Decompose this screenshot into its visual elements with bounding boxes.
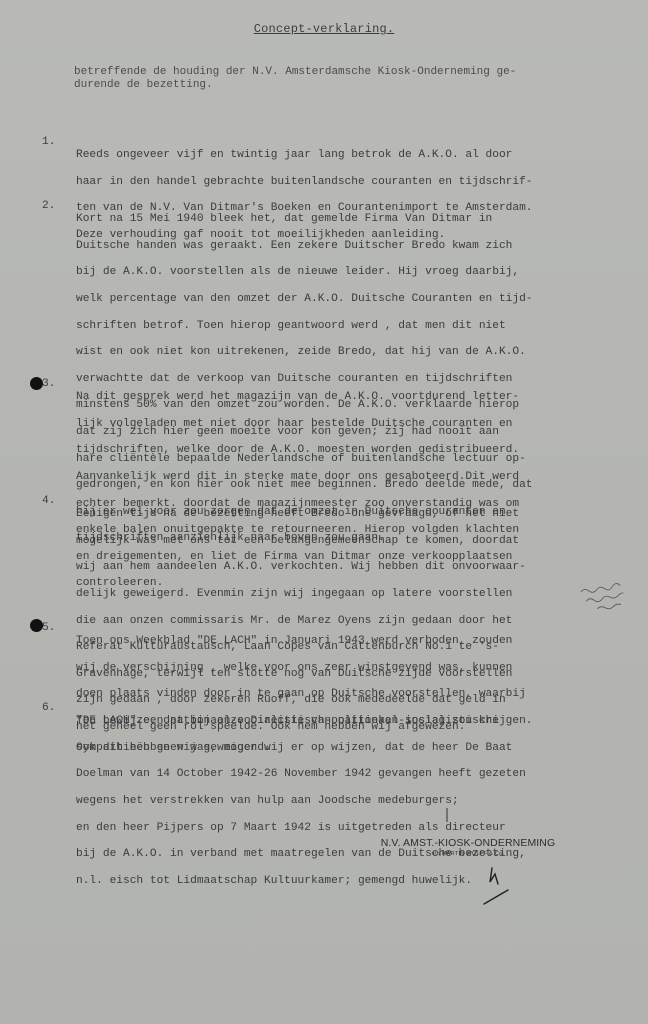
text-line: tijdschriften, welke door de A.K.O. moes… [76,444,616,457]
text-line: schriften betrof. Toen hierop geantwoord… [76,320,616,333]
text-line: wij de verschijning , welke voor ons zee… [76,662,616,675]
pen-tick-mark-icon [446,808,448,822]
text-line: en den heer Pijpers op 7 Maart 1942 is u… [76,822,616,835]
text-line: sympathieën geen was, mogen wij er op wi… [76,742,616,755]
text-line: wij aan hem aandeelen A.K.O. verkochten.… [76,561,616,574]
text-line: welk percentage van den omzet der A.K.O.… [76,293,616,306]
text-line: Doelman van 14 October 1942-26 November … [76,768,616,781]
text-line: Aanvankelijk werd dit in sterke mate doo… [76,471,616,484]
text-line: Eenigen tijd na de bezetting heeft Bredo… [76,508,616,521]
text-line: Kort na 15 Mei 1940 bleek het, dat gemel… [76,213,616,226]
text-line: Na dit gesprek werd het magazijn van de … [76,391,616,404]
item-number: 4. [42,495,72,508]
item-number: 2. [42,200,72,213]
text-line: Duitsche handen was geraakt. Een zekere … [76,240,616,253]
document-page: Concept-verklaring. betreffende de houdi… [0,0,648,1024]
item-number: 1. [42,136,72,149]
text-line: lijk volgeladen met niet door haar beste… [76,418,616,431]
text-line: n.l. eisch tot Lidmaatschap Kultuurkamer… [76,875,616,888]
text-line: delijk geweigerd. Evenmin zijn wij ingeg… [76,588,616,601]
text-line: mogelijk was met ons tot een belangengem… [76,535,616,548]
document-title: Concept-verklaring. [0,22,648,36]
intro-line: durende de bezetting. [74,79,594,92]
text-line: doen plaats vinden door in te gaan op Du… [76,688,616,701]
stamp-subtitle: v/h MARTIN WOLFF & Co. [368,851,568,857]
company-stamp: N.V. AMST.-KIOSK-ONDERNEMING v/h MARTIN … [368,837,568,857]
signature-icon [480,862,530,912]
handwritten-margin-note [578,578,642,619]
item-body: Ten bewijze, dat bij onze Directie van n… [76,702,616,901]
text-line: wist en ook niet kon uitrekenen, zeide B… [76,346,616,359]
text-line: wegens het verstrekken van hulp aan Jood… [76,795,616,808]
item-number: 6. [42,702,72,715]
item-number: 3. [42,378,72,391]
text-line: Reeds ongeveer vijf en twintig jaar lang… [76,149,616,162]
text-line: Ten bewijze, dat bij onze Directie van n… [76,715,616,728]
text-line: Toen ons Weekblad "DE LACH" in Januari 1… [76,635,616,648]
text-line: haar in den handel gebrachte buitenlands… [76,176,616,189]
intro-paragraph: betreffende de houding der N.V. Amsterda… [74,66,594,92]
stamp-company-name: N.V. AMST.-KIOSK-ONDERNEMING [368,837,568,849]
item-number: 5. [42,622,72,635]
text-line: bij de A.K.O. voorstellen als de nieuwe … [76,266,616,279]
intro-line: betreffende de houding der N.V. Amsterda… [74,66,594,79]
